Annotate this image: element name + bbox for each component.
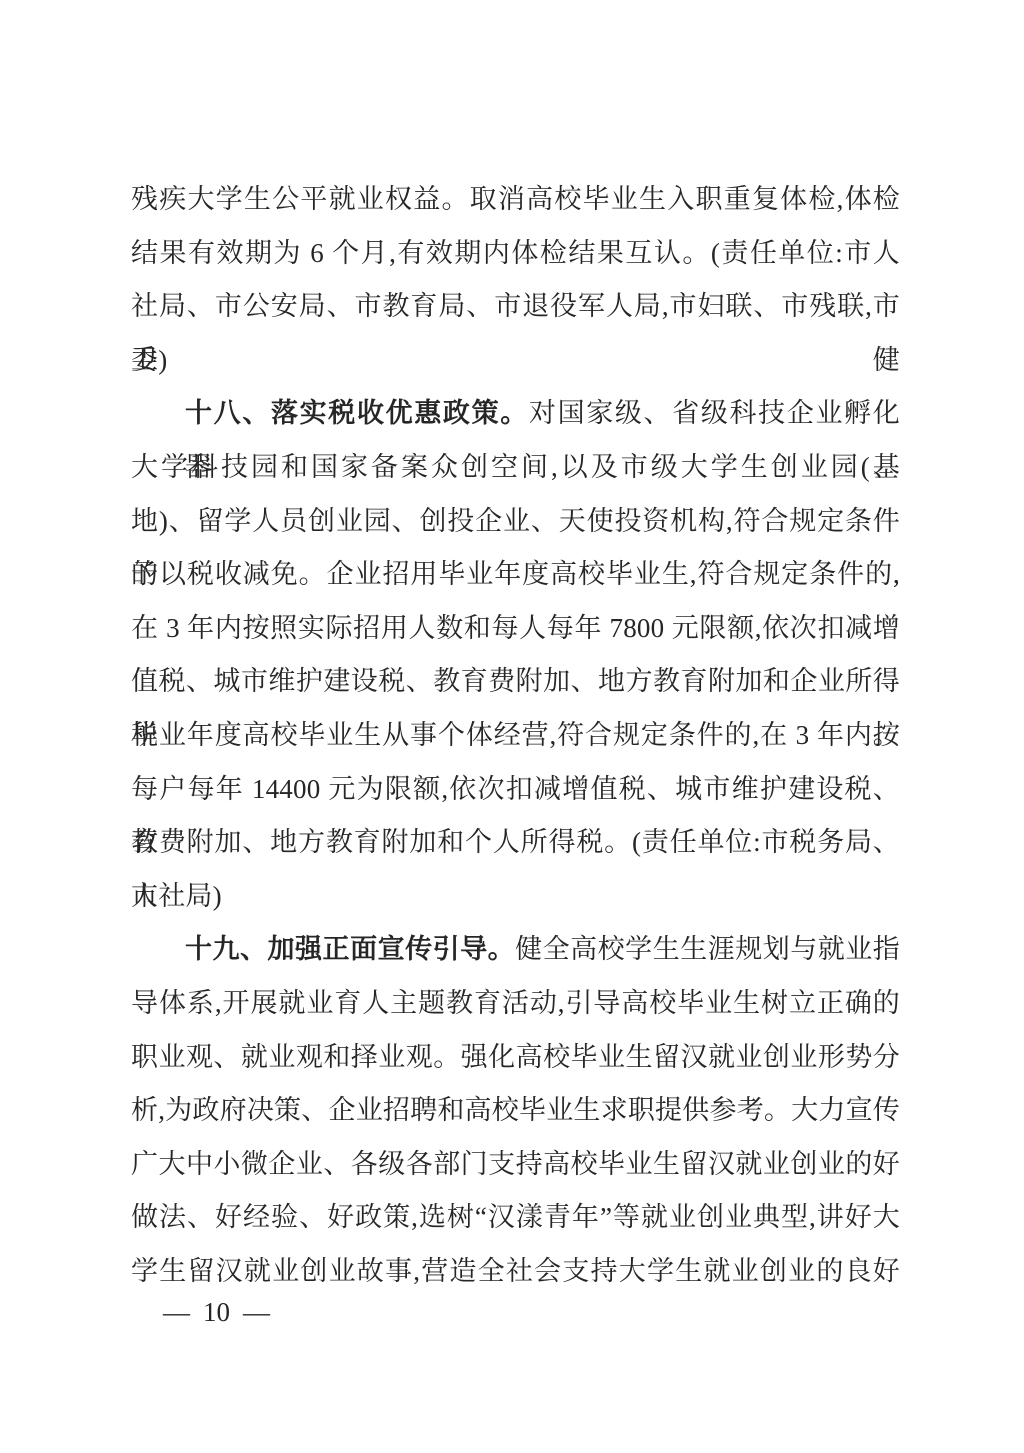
text-line: 值税、城市维护建设税、教育费附加、地方教育附加和企业所得税。 (131, 655, 900, 709)
line-text: 广大中小微企业、各级各部门支持高校毕业生留汉就业创业的好 (131, 1149, 900, 1179)
line-text: 做法、好经验、好政策,选树“汉漾青年”等就业创业典型,讲好大 (131, 1202, 900, 1232)
text-line: 社局、市公安局、市教育局、市退役军人局,市妇联、市残联,市卫健 (131, 280, 900, 334)
section-heading: 十九、加强正面宣传引导。 (185, 934, 515, 964)
line-text: 予以税收减免。企业招用毕业年度高校毕业生,符合规定条件的, (131, 559, 900, 589)
line-text: 导体系,开展就业育人主题教育活动,引导高校毕业生树立正确的 (131, 988, 900, 1018)
page-number: 10 (203, 1285, 230, 1339)
line-text: 委) (131, 345, 167, 375)
line-text: 人社局) (131, 881, 222, 911)
line-text: 析,为政府决策、企业招聘和高校毕业生求职提供参考。大力宣传 (131, 1095, 900, 1125)
line-text: 大学科技园和国家备案众创空间,以及市级大学生创业园(基 (131, 452, 900, 482)
document-page: 残疾大学生公平就业权益。取消高校毕业生入职重复体检,体检 结果有效期为 6 个月… (0, 0, 1024, 1453)
page-footer: — 10 — (163, 1285, 270, 1339)
text-line: 残疾大学生公平就业权益。取消高校毕业生入职重复体检,体检 (131, 173, 900, 227)
text-line: 每户每年 14400 元为限额,依次扣减增值税、城市维护建设税、教 (131, 763, 900, 817)
footer-dash-left: — (163, 1285, 190, 1339)
footer-dash-right: — (243, 1285, 270, 1339)
text-line: 人社局) (131, 870, 900, 924)
text-line: 大学科技园和国家备案众创空间,以及市级大学生创业园(基 (131, 441, 900, 495)
line-text: 残疾大学生公平就业权益。取消高校毕业生入职重复体检,体检 (131, 184, 900, 214)
line-text: 职业观、就业观和择业观。强化高校毕业生留汉就业创业形势分 (131, 1042, 900, 1072)
text-line: 毕业年度高校毕业生从事个体经营,符合规定条件的,在 3 年内按 (131, 709, 900, 763)
text-line: 析,为政府决策、企业招聘和高校毕业生求职提供参考。大力宣传 (131, 1084, 900, 1138)
text-line: 职业观、就业观和择业观。强化高校毕业生留汉就业创业形势分 (131, 1031, 900, 1085)
line-text: 毕业年度高校毕业生从事个体经营,符合规定条件的,在 3 年内按 (131, 720, 900, 750)
text-line: 导体系,开展就业育人主题教育活动,引导高校毕业生树立正确的 (131, 977, 900, 1031)
text-line: 在 3 年内按照实际招用人数和每人每年 7800 元限额,依次扣减增 (131, 602, 900, 656)
line-text: 社局、市公安局、市教育局、市退役军人局,市妇联、市残联,市卫健 (131, 291, 900, 375)
text-line-section-18: 十八、落实税收优惠政策。对国家级、省级科技企业孵化器、 (131, 387, 900, 441)
text-line: 结果有效期为 6 个月,有效期内体检结果互认。(责任单位:市人 (131, 227, 900, 281)
section-heading: 十八、落实税收优惠政策。 (185, 398, 529, 428)
line-text: 健全高校学生生涯规划与就业指 (515, 934, 900, 964)
line-text: 学生留汉就业创业故事,营造全社会支持大学生就业创业的良好 (131, 1256, 900, 1286)
text-line-section-19: 十九、加强正面宣传引导。健全高校学生生涯规划与就业指 (131, 923, 900, 977)
text-line: 育费附加、地方教育附加和个人所得税。(责任单位:市税务局、市 (131, 816, 900, 870)
line-text: 结果有效期为 6 个月,有效期内体检结果互认。(责任单位:市人 (131, 238, 900, 268)
text-line: 予以税收减免。企业招用毕业年度高校毕业生,符合规定条件的, (131, 548, 900, 602)
text-line: 广大中小微企业、各级各部门支持高校毕业生留汉就业创业的好 (131, 1138, 900, 1192)
text-line: 做法、好经验、好政策,选树“汉漾青年”等就业创业典型,讲好大 (131, 1191, 900, 1245)
text-line: 地)、留学人员创业园、创投企业、天使投资机构,符合规定条件的, (131, 495, 900, 549)
document-text-block: 残疾大学生公平就业权益。取消高校毕业生入职重复体检,体检 结果有效期为 6 个月… (131, 173, 900, 1298)
line-text: 在 3 年内按照实际招用人数和每人每年 7800 元限额,依次扣减增 (131, 613, 900, 643)
